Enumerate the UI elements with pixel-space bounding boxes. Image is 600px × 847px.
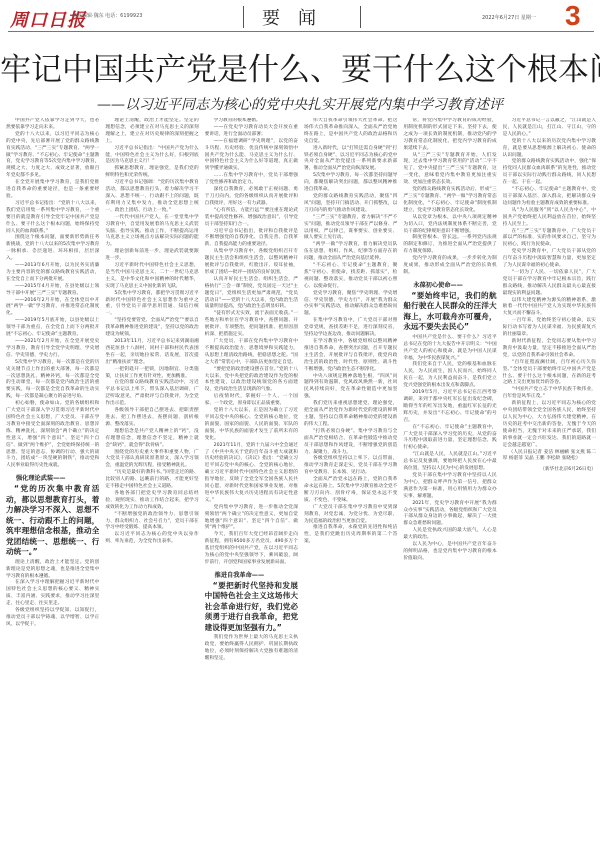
article-body: 中国共产党人依靠学习走到今天，也必然要依靠学习走向未来。党的十八大以来，以习近平… <box>6 118 596 843</box>
column-4: 伟大自我革命引领伟大社会革命。把这场伟大自我革命推向深入，全面从严治党始终在路上… <box>304 118 397 843</box>
paragraph: 我们党来自于人民，党的根基和血脉在人民，为人民而生，因人民而兴，始终同人民在一起… <box>403 362 496 390</box>
paragraph: 党内学习教育的成果，一步步转化为制度成果，推动形成全面从严治党的长效机制。 <box>403 256 496 277</box>
paragraph: 2021年11月，党的十九届六中全会通过了《中共中央关于党的百年奋斗重大成就和历… <box>205 443 298 505</box>
paragraph: 一代代中国共产党人，在一堂堂集中学习教育中，自觉用发展着的马克思主义武装头脑、指… <box>105 215 198 250</box>
paragraph: 在全党开展集中学习教育，是我们党推进自我革命的重要途径，也是一条重要经验。 <box>6 180 99 201</box>
paragraph: 新时代新征程，全党同志要从集中学习教育中汲取力量，坚定不移推进全面从严治党，以党… <box>503 339 596 360</box>
paragraph: 理想信念是共产党人精神上的“钙”，没有理想信念，理想信念不坚定，精神上就会“缺钙… <box>105 429 198 450</box>
newspaper-logo: 周口日报 <box>10 6 86 32</box>
paragraph: “坚持党要管党、全面从严治党”“要以自我革命精神推进党的建设”，坚持以党的政治建… <box>105 318 198 339</box>
paragraph: 习近平总书记指出：“中国共产党为什么能，中国特色社会主义为什么好，归根到底是因为… <box>105 146 198 167</box>
paragraph: 以习近平同志为核心的党中央以身作则、率先垂范，为全党作出表率。 <box>105 532 198 546</box>
paragraph: “不断增强党的政治领导力、思想引领力、群众组织力、社会号召力”，党员干部在学习中… <box>105 512 198 533</box>
paragraph: “百年征程波澜壮阔，百年初心历久弥坚。”全体党员干部要始终牢记中国共产党是什么、… <box>503 360 596 388</box>
paragraph: 习近平总书记强调：“党的历次集中教育活动，都以思想教育打头，着力解决学习不深入、… <box>105 180 198 215</box>
paragraph: ……在集中学习教育中，党员干部增强了党性修养和政治定力。 <box>205 173 298 187</box>
paragraph: 在“不忘初心、牢记使命”主题教育中，广大党员干部深入学习党的历史，从党的奋斗历程… <box>403 425 496 453</box>
paragraph: 我们党作为世界上最大的马克思主义执政党，要始终赢得人民拥护、巩固长期执政地位，必… <box>205 635 298 663</box>
paragraph: “历史是最好的教科书。”回望走过的路、比较别人的路、远眺前行的路，才能更好坚定不… <box>105 470 198 491</box>
page-number: 3 <box>565 0 581 32</box>
paragraph: 党员干部在集中学习教育中坚持以人民为中心，把群众呼声作为第一信号，把群众满意作为… <box>403 473 496 501</box>
paragraph: 伟大自我革命引领伟大社会革命。把这场伟大自我革命推向深入，全面从严治党始终在路上… <box>304 118 397 146</box>
paragraph: 抓紧思想教育，理论强党，是我们党的鲜明特色和光荣传统。 <box>105 166 198 180</box>
paragraph: 从集中学习教育中，各级党组织召开专题民主生活会和组织生活会，以整风精神开展批评与… <box>205 249 298 277</box>
paragraph: 党史学习教育，聚焦“学史明理、学史增信、学史崇德、学史力行”，开展“我为群众办实… <box>304 291 397 319</box>
masthead: 周口日报 值班编辑·魏东 电话：6199923 要闻 2022年6月27日 星期… <box>0 0 600 40</box>
paragraph: ——2019年5月底开始，以县处级以上领导干部为重点，在全党自上而下分两批开展“… <box>6 318 99 339</box>
column-5: 常，将党内集中学习教育的成功经验，用制度机制的形式固定下来，坚持下去，使之成为一… <box>403 118 496 843</box>
paragraph: 理论创新每前进一步，理论武装就要跟进一步。 <box>105 249 198 263</box>
editor-info: 值班编辑·魏东 电话：6199923 <box>72 12 142 19</box>
section-divider-right <box>360 6 361 28</box>
paragraph: ——2015年4月开始，在县处级以上领导干部中开展“三严三实”专题教育。 <box>6 284 99 298</box>
paragraph: ——在党史学习教育动员大会开放在重要讲话，进行全面动员部署； <box>205 125 298 139</box>
paragraph: 习近平新时代中国特色社会主义思想，是当代中国马克思主义、二十一世纪马克思主义，是… <box>105 263 198 291</box>
author-byline: （人民日报记者 姜洁 林丽鹂 张文燕 陈二厚 杨湛菲 吴晶 王鹏 李松龄 张晓松… <box>503 450 596 464</box>
article-headline: 牢记中国共产党是什么、要干什么这个根本问题 <box>0 44 600 89</box>
paragraph: 习近平总书记指出：“党的十八大以来，我们党启用集一系列集中学习教育，一个重要目的… <box>6 201 99 236</box>
paragraph: 各级领导干部把自己摆进去、把职责摆进去、把工作摆进去，查摆问题、剖析根源、整改落… <box>105 408 198 429</box>
paragraph: 进入新时代，以“打铁还需自身硬”到“打铁必须自身硬”，以习近平同志为核心的党中央… <box>304 146 397 174</box>
paragraph: 广大党员、干部在党内集中学习教育中不断提高政治能力、思想境界和实践能力，从思想上… <box>205 339 298 367</box>
paragraph: 中国共产党人依靠学习走到今天，也必然要依靠学习走向未来。 <box>6 118 99 132</box>
paragraph: 后疫情时代，掌握好一个人、一个国家、一个政党，原身即以正品质重要。 <box>205 394 298 408</box>
wire-dateline: （新华社北京6月26日电） <box>503 467 596 474</box>
paragraph: ——2013年6月开始，以为民务实清廉为主要内容的党的群众路线教育实践活动，在全… <box>6 263 99 284</box>
section-subhead: 推进自我革命—— <box>215 571 298 580</box>
paragraph: 党史学习教育中，广大党员干部从党的百年奋斗历程中汲取智慧和力量，更加坚定了为人民… <box>503 249 596 270</box>
paragraph: 习近平总书记指出，批评和自我批评是不断增强党的自我净化、自我完善、自我革新、自我… <box>205 229 298 250</box>
pull-quote: “党的历次集中教育活动，都以思想教育打头，着力解决学习不深入、思想不统一、行动跟… <box>6 484 99 558</box>
paragraph: 以人民为中心，是中国共产党百年奋斗的鲜明品格，也是党内集中学习教育的根本价值取向… <box>403 542 496 563</box>
paragraph: 从“三严三实”专题教育开始，人们发现，过去集中学习教育常用的“活动”二字不见了，… <box>403 153 496 188</box>
pull-quote: “要把新时代坚持和发展中国特色社会主义这场伟大社会革命进行好，我们党必须勇于进行… <box>205 581 298 634</box>
issue-date: 2022年6月27日 星期一 <box>482 14 536 21</box>
paragraph: 新的征程上，以习近平同志为核心的党中央团结带领全党全国各族人民，始终坚持以人民为… <box>503 401 596 449</box>
paragraph: ——在福建调研“学史明理”，以党的奋斗历程、历史经验、优良传统中深刻领悟中国共产… <box>205 139 298 174</box>
section-subhead: 永葆初心使命—— <box>413 281 496 290</box>
paragraph: 理论上清醒，政治上才能坚定。坚定的理想信念，必须建立在对马克思主义的深刻理解之上… <box>105 118 198 146</box>
column-3: 学习教育的根本遵循。——在党史学习教育动员大会开放在重要讲话，进行全面动员部署；… <box>205 118 298 843</box>
paragraph: 围绕这个根本问题，面要新形势新任务新挑战，党的十八大以来的5次集中学习教育一脉相… <box>6 235 99 263</box>
column-6: 习近平总书记一言以蔽之，“江山就是人民，人民就是江山，打江山、守江山，守的是人民… <box>503 118 596 843</box>
paragraph: “江山就是人民，人民就是江山。”习近平总书记反复强调，要始终把人民放在心中最高位… <box>403 452 496 473</box>
paragraph: 理论上清醒，政治上才能坚定。党的创新理论是党的思想之魂，也是推进全党集中学习教育… <box>6 560 99 581</box>
paragraph: “两学一做”学习教育，着力解决党员队伍在思想、组织、作风、纪律等方面存在的问题，… <box>304 242 397 263</box>
paragraph: 5次集中学习教育，都把学习贯彻习近平新时代中国特色社会主义思想作为重中之重，引导… <box>105 291 198 319</box>
paragraph: 学习教育的根本遵循。 <box>205 118 298 125</box>
paragraph: ——2021年2月开始，在全党开展党史学习教育，教育引导全党学史明理、学史增信、… <box>6 339 99 360</box>
paragraph: 认真开好民主生活会、组织生活会，严格执行“三会一课”制度，党员固定一天过“主题党… <box>205 277 298 312</box>
paragraph: 人民是党执政兴国的最大底气，人心是最大的政治。 <box>403 528 496 542</box>
paragraph: 以伟大建党精神为源头的精神谱系，激励着一代代中国共产党人为实现中华民族伟大复兴而… <box>503 298 596 319</box>
paragraph: “打铁必须自身硬”。集中学习教育与全面从严治党相结合，在革命性锻造中推动党员干部… <box>304 429 397 457</box>
paragraph: 在学习教育中，各级党组织以整风精神推进自我革命，查摆突出问题，召开专题民主生活会… <box>304 339 397 374</box>
paragraph: 从以党章为根本，以中央八项规定精神为切入口，党内法规制度体系不断完善，党员干部的… <box>403 215 496 236</box>
column-2: 理论上清醒，政治上才能坚定。坚定的理想信念，必须建立在对马克思主义的深刻理解之上… <box>105 118 198 843</box>
paragraph: 围绕党的历史重大事件和重要人物，广大党员干部认真研读原著原文，深入学习领会，重温… <box>105 450 198 471</box>
paragraph: 党的群众路线教育实践活动中，强化“保持党同人民群众血肉联系”的先进性，推动党员干… <box>503 159 596 187</box>
paragraph: 2019年5月，习近平总书记在江西考察调研，来到于都中央红军长征出发纪念碑，瞻仰… <box>403 390 496 425</box>
paragraph: 中国共产党是什么、要干什么？习近平总书记在党的十九大报告中开宗明义：“中国共产党… <box>403 335 496 363</box>
paragraph: 初心如磐，使命如山。党的各级组织和广大党员干部深入学习贯彻习近平新时代中国特色社… <box>6 401 99 470</box>
paragraph: “要把党的政治建设摆在首位。”党的十八大以来，党中央把党的政治建设作为党的根本性… <box>205 367 298 395</box>
paragraph: 从“为人民服务”到“以人民为中心”，中国共产党始终把人民利益放在首位，始终坚持人… <box>503 208 596 229</box>
article-subtitle: ——以习近平同志为核心的党中央扎实开展党内集中学习教育述评 <box>0 94 600 114</box>
paragraph: 一百年来，党始终坚守初心使命，以实际行动书写着为人民谋幸福、为民族谋复兴的壮丽篇… <box>503 318 596 339</box>
paragraph: 在“三严三实”专题教育中，广大党员干部以严的标准、实的作风要求自己，坚守为民初心… <box>503 229 596 250</box>
paragraph: 5次集中学习教育，每一次都是在党的历史关键节点上作出的重大部署，每一次都是一次思… <box>6 360 99 401</box>
paragraph: 中央八项规定精神落地生根，“四风”问题得到有效遏制，党风政风焕然一新，社风民风持… <box>304 374 397 402</box>
paragraph: 5次集中学习教育，每一次都坚持问题导向，都聚焦解决突出问题，都以整风精神推进自我… <box>304 173 397 194</box>
paragraph: 深化自我教育，必须敢于正视问题、勇于刀刃向内。党的各级组织认真开展批评和自我批评… <box>205 187 298 208</box>
paragraph: 广大党员干部在集中学习教育中受到深刻教育，对党忠诚、为党分忧、为党尽职、为民造福… <box>304 505 397 526</box>
paragraph: 在深入学习中理解把握习近平新时代中国特色社会主义思想的核心要义、精神实质、丰富内… <box>6 580 99 608</box>
paragraph: “三严三实”专题教育，着力解决“不严不实”问题，推动党员领导干部在严以修身、严以… <box>304 215 397 243</box>
section-name: 要闻 <box>262 4 334 30</box>
paragraph: “不忘初心、牢记使命”主题教育，聚焦“守初心、担使命，找差距、抓落实”，检视问题… <box>304 263 397 291</box>
paragraph: 党的群众路线教育实践活动，聚焦“四风”问题，坚持开门搞活动、开门抓整改，以刀刃向… <box>304 194 397 215</box>
paragraph: “一切为了人民、一切依靠人民”，广大党员干部在学习教育中牢记根本宗旨，践行群众路… <box>503 270 596 298</box>
section-divider-left <box>243 6 244 28</box>
paragraph: 我们党历来重视思想建党、理论强党，把全面从严治党作为新时代党的建设的鲜明主题，坚… <box>304 401 397 429</box>
paragraph: 在集中学习教育中，广大党员干部对照党章党规，查找差距不足，进行深刻反省，坚持边学… <box>304 318 397 339</box>
paragraph: “不忘初心、牢记使命”主题教育中，党员干部深入基层、深入群众，把解决群众身边问题… <box>503 187 596 208</box>
paragraph: 2021年，党史学习教育中开展“我为群众办实事”实践活动，各级党组织和广大党员干… <box>403 501 496 529</box>
paragraph: 2013年11月，习近平总书记来到湖南湘西花垣县十八洞村，同村干部和村民代表围坐… <box>105 339 198 367</box>
paragraph: 制度管根本、管长远。一系列党内法规的制定和修订，为推进全面从严治党提供了有力制度… <box>403 235 496 256</box>
paragraph: “心有所信，方能行远”“要注重在理论武装中提高党性修养、增强政治意识”，引导党员… <box>205 208 298 229</box>
paragraph: 各级党组织坚持以学促知、以知促行，推动党员干部以学铸魂、以学增智、以学正风、以学… <box>6 608 99 629</box>
paragraph: ——2016年2月开始，在全体党员中开展“两学一做”学习教育，并推进常态化制度化… <box>6 298 99 319</box>
paragraph: 全面从严治党永远在路上，党的自我革命永远在路上。5次集中学习教育推动全党不断刀刃… <box>304 477 397 505</box>
paragraph: 党的十八大以来的历次党内集中学习教育，就是要从思想根源上解决初心、使命的认识问题… <box>503 139 596 160</box>
paragraph: 常，将党内集中学习教育的成功经验，用制度机制的形式固定下来，坚持下去，使之成为一… <box>403 118 496 153</box>
paragraph: 党内集中学习教育，进一步推动全党深刻领悟“两个确立”的决定性意义，更加自觉地增强… <box>205 505 298 533</box>
paragraph: 党的十八大以来，以习近平同志为核心的党中央，先后部署开展了党的群众路线教育实践活… <box>6 132 99 180</box>
pull-quote: “要始终牢记，我们的航船行驶在人民群众的汪洋大海上，水可载舟亦可覆舟，永远不要失… <box>403 291 496 333</box>
section-subhead: 强化理论武装—— <box>16 474 99 483</box>
column-1: 中国共产党人依靠学习走到今天，也必然要依靠学习走向未来。党的十八大以来，以习近平… <box>6 118 99 843</box>
paragraph: 在党的群众路线教育实践活动中，习近平总书记以上率下，带头深入基层调研，广泛听取意… <box>105 380 198 408</box>
paragraph: 习近平总书记一言以蔽之，“江山就是人民，人民就是江山，打江山、守江山，守的是人民… <box>503 118 596 139</box>
paragraph: 党的群众路线教育实践活动后，形成“三严三实”专题教育、“两学一做”学习教育常态化… <box>403 187 496 215</box>
paragraph: 一把钥匙开一把锁，因地制宜、分类施策，让扶贫工作更有针对性、更加精准。 <box>105 367 198 381</box>
paragraph: 推进自我革命，永葆党的先进性和纯洁性，是我们党跳出历史周期率的第二个答案。 <box>304 525 397 546</box>
paragraph: “徒有形式无实效，流于表面无收获。”一些地方和单位在学习教育中，查摆问题、开展批… <box>205 311 298 339</box>
paragraph: “中国共产党立志于中华民族千秋伟业，百年恰是风华正茂。” <box>503 387 596 401</box>
paragraph: 党的十八大以来，正是因为确立了习近平同志党中央的核心、全党的核心地位，党的面貌、… <box>205 408 298 443</box>
masthead-rule <box>8 31 594 32</box>
paragraph: 各地各部门把党史学习教育同总结经验、观照现实、推动工作结合起来，把学习成效转化为… <box>105 491 198 512</box>
paragraph: 各级党组织坚持以上率下、以点带面，推动学习教育走深走实，党员干部在学习教育中受教… <box>304 456 397 477</box>
paragraph: 今天，我们百年大党已经昂首阔步走向新征程，拥有9500多万名党员、490多万个基… <box>205 532 298 567</box>
